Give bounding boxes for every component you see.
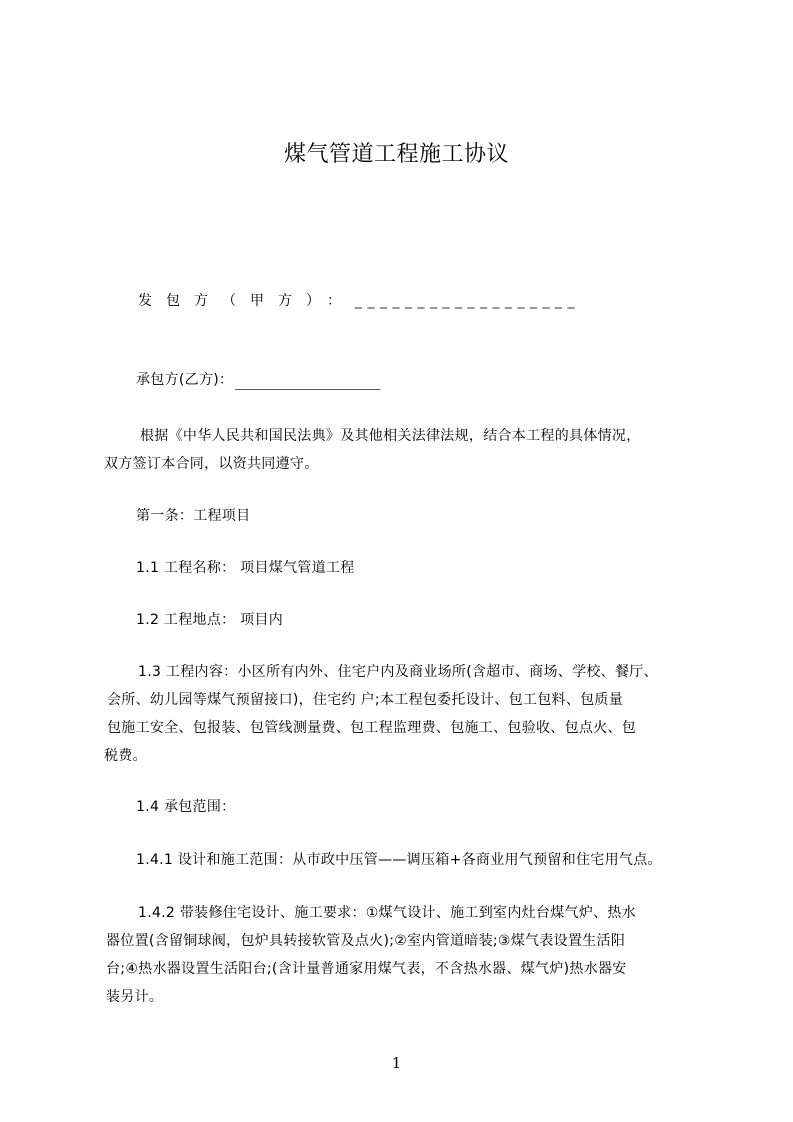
party-a-line: 发包方（甲方）：__________________ bbox=[138, 291, 580, 311]
party-b-label: 承包方(乙方)： bbox=[136, 372, 233, 388]
document-title: 煤气管道工程施工协议 bbox=[0, 140, 793, 170]
item-1-1: 1.1 工程名称： 项目煤气管道工程 bbox=[136, 558, 355, 578]
item-1-4-1: 1.4.1 设计和施工范围：从市政中压管——调压箱+各商业用气预留和住宅用气点。 bbox=[136, 850, 662, 870]
article-1-heading: 第一条：工程项目 bbox=[136, 506, 250, 526]
item-1-3-line-4: 税费。 bbox=[104, 746, 147, 766]
item-1-4-2-line-4: 装另计。 bbox=[106, 987, 163, 1007]
item-1-3-line-1: 1.3 工程内容：小区所有内外、住宅户内及商业场所(含超市、商场、学校、餐厅、 bbox=[138, 662, 658, 682]
party-a-blank: __________________ bbox=[355, 293, 580, 309]
item-1-4-2-line-3: 台;④热水器设置生活阳台;(含计量普通家用煤气表，不含热水器、煤气炉)热水器安 bbox=[106, 959, 627, 979]
item-1-2: 1.2 工程地点： 项目内 bbox=[136, 610, 283, 630]
preamble-line-1: 根据《中华人民共和国民法典》及其他相关法律法规，结合本工程的具体情况， bbox=[140, 426, 641, 446]
item-1-3-line-3: 包施工安全、包报装、包管线测量费、包工程监理费、包施工、包验收、包点火、包 bbox=[107, 718, 636, 738]
page-number: 1 bbox=[0, 1054, 793, 1072]
item-1-3-line-2: 会所、幼儿园等煤气预留接口)，住宅约 户;本工程包委托设计、包工包料、包质量 bbox=[107, 690, 623, 710]
item-1-4-2-line-2: 器位置(含留铜球阀，包炉具转接软管及点火);②室内管道暗装;③煤气表设置生活阳 bbox=[106, 931, 625, 951]
party-b-blank bbox=[235, 373, 380, 390]
preamble-line-2: 双方签订本合同，以资共同遵守。 bbox=[104, 454, 319, 474]
party-a-label: 发包方（甲方）： bbox=[138, 293, 355, 309]
party-b-line: 承包方(乙方)： bbox=[136, 370, 380, 390]
item-1-4-heading: 1.4 承包范围： bbox=[136, 797, 235, 817]
document-page: 煤气管道工程施工协议 发包方（甲方）：__________________ 承包… bbox=[0, 0, 793, 1122]
item-1-4-2-line-1: 1.4.2 带装修住宅设计、施工要求：①煤气设计、施工到室内灶台煤气炉、热水 bbox=[138, 903, 636, 923]
